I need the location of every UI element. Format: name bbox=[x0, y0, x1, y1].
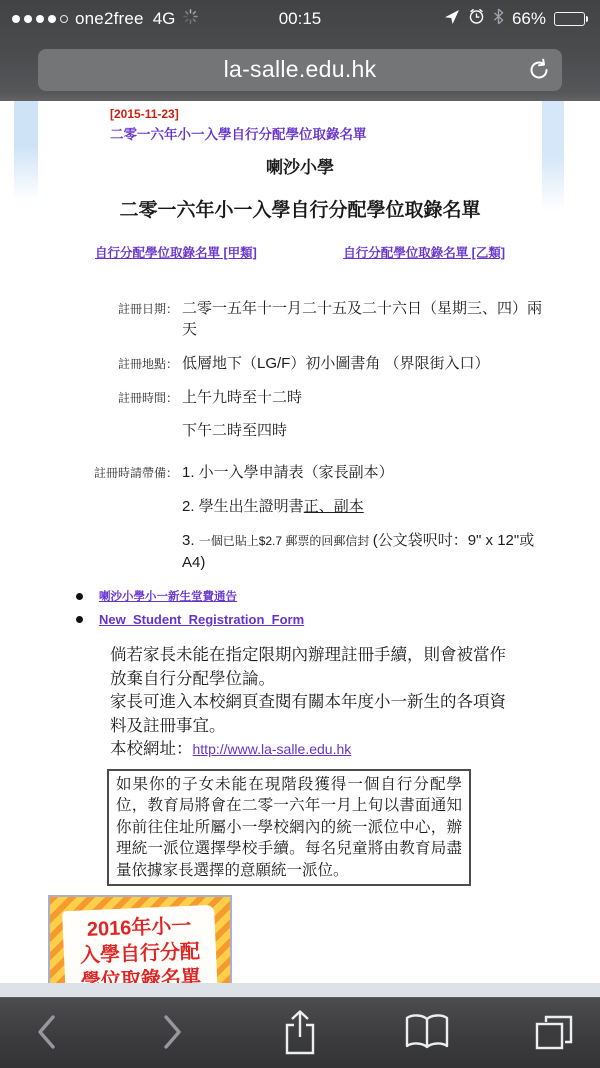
back-chevron-icon bbox=[35, 1014, 57, 1053]
forward-button[interactable] bbox=[145, 1005, 201, 1061]
registration-time-label: 註冊時間： bbox=[0, 389, 178, 406]
safari-chrome-top: one2free 4G 00:15 bbox=[0, 0, 600, 101]
bring-item-3: 3. 一個已貼上$2.7 郵票的回郵信封 (公文袋呎吋：9" x 12"或 A4… bbox=[178, 530, 550, 573]
notice-line-1: 倘若家長未能在指定限期內辦理註冊手續，則會被當作放棄自行分配學位論。 bbox=[110, 646, 506, 688]
bring-items-label: 註冊時請帶備： bbox=[0, 464, 178, 481]
bookmarks-button[interactable] bbox=[399, 1005, 455, 1061]
notice-paragraph: 倘若家長未能在指定限期內辦理註冊手續，則會被當作放棄自行分配學位論。 家長可進入… bbox=[110, 644, 510, 762]
share-button[interactable] bbox=[272, 1005, 328, 1061]
registration-time-am: 上午九時至十二時 bbox=[178, 387, 302, 408]
registration-venue-value: 低層地下（LG/F）初小圖書角 （界限街入口） bbox=[178, 353, 490, 374]
reload-icon[interactable] bbox=[526, 57, 552, 88]
class-links-row: 自行分配學位取錄名單 [甲類] 自行分配學位取錄名單 [乙類] bbox=[95, 243, 505, 261]
attachment-links: 喇沙小學小一新生堂費通告 New_Student_Registration_Fo… bbox=[76, 588, 600, 627]
url-bar: la-salle.edu.hk bbox=[0, 38, 600, 101]
list-link-type-a[interactable]: 自行分配學位取錄名單 [甲類] bbox=[95, 243, 257, 261]
list-link-type-b[interactable]: 自行分配學位取錄名單 [乙類] bbox=[343, 243, 505, 261]
bring-item-2: 2. 學生出生證明書正、副本 bbox=[178, 496, 364, 517]
notice-line-2: 家長可進入本校網頁查閱有關本年度小一新生的各項資料及註冊事宜。 bbox=[110, 693, 506, 735]
list-item: 喇沙小學小一新生堂費通告 bbox=[76, 588, 600, 604]
registration-form-link[interactable]: New_Student_Registration_Form bbox=[99, 612, 304, 627]
registration-date-value: 二零一五年十一月二十五及二十六日（星期三、四）兩天 bbox=[178, 298, 550, 340]
registration-info: 註冊日期： 二零一五年十一月二十五及二十六日（星期三、四）兩天 註冊地點： 低層… bbox=[0, 298, 600, 573]
tabs-button[interactable] bbox=[526, 1005, 582, 1061]
safari-toolbar bbox=[0, 997, 600, 1068]
registration-date-label: 註冊日期： bbox=[0, 300, 178, 317]
fee-notice-link[interactable]: 喇沙小學小一新生堂費通告 bbox=[99, 588, 237, 604]
school-website-link[interactable]: http://www.la-salle.edu.hk bbox=[193, 741, 352, 757]
registration-time-pm: 下午二時至四時 bbox=[178, 420, 287, 441]
bluetooth-icon bbox=[493, 8, 504, 30]
side-decoration-left bbox=[14, 101, 38, 201]
admission-list-badge-image[interactable]: 2016年小一 入學自行分配 學位取錄名單 bbox=[48, 895, 232, 997]
side-decoration-right bbox=[542, 101, 564, 211]
tabs-icon bbox=[534, 1013, 574, 1054]
url-text: la-salle.edu.hk bbox=[224, 56, 377, 83]
post-date: [2015-11-23] bbox=[110, 107, 600, 121]
battery-icon bbox=[554, 12, 588, 26]
news-title-link[interactable]: 二零一六年小一入學自行分配學位取錄名單 bbox=[110, 123, 367, 143]
status-bar: one2free 4G 00:15 bbox=[0, 0, 600, 38]
page-end-gutter bbox=[0, 983, 600, 997]
registration-venue-label: 註冊地點： bbox=[0, 355, 178, 372]
list-item: New_Student_Registration_Form bbox=[76, 612, 600, 627]
site-url-label: 本校網址： bbox=[110, 740, 193, 758]
iphone-safari-screen: one2free 4G 00:15 bbox=[0, 0, 600, 1068]
bullet-icon bbox=[76, 616, 83, 623]
location-arrow-icon bbox=[444, 9, 460, 30]
battery-percent-label: 66% bbox=[512, 9, 546, 29]
bullet-icon bbox=[76, 593, 83, 600]
edb-allocation-notice-box: 如果你的子女未能在現階段獲得一個自行分配學位，教育局將會在二零一六年一月上旬以書… bbox=[107, 769, 471, 887]
back-button[interactable] bbox=[18, 1005, 74, 1061]
bookmarks-book-icon bbox=[404, 1013, 450, 1054]
bring-item-1: 1. 小一入學申請表（家長副本） bbox=[178, 462, 394, 483]
school-name-heading: 喇沙小學 bbox=[0, 153, 600, 178]
forward-chevron-icon bbox=[162, 1014, 184, 1053]
webpage-content: [2015-11-23] 二零一六年小一入學自行分配學位取錄名單 喇沙小學 二零… bbox=[0, 101, 600, 997]
page-title: 二零一六年小一入學自行分配學位取錄名單 bbox=[0, 195, 600, 222]
address-field[interactable]: la-salle.edu.hk bbox=[38, 49, 562, 91]
share-icon bbox=[282, 1009, 318, 1058]
alarm-clock-icon bbox=[468, 8, 485, 30]
